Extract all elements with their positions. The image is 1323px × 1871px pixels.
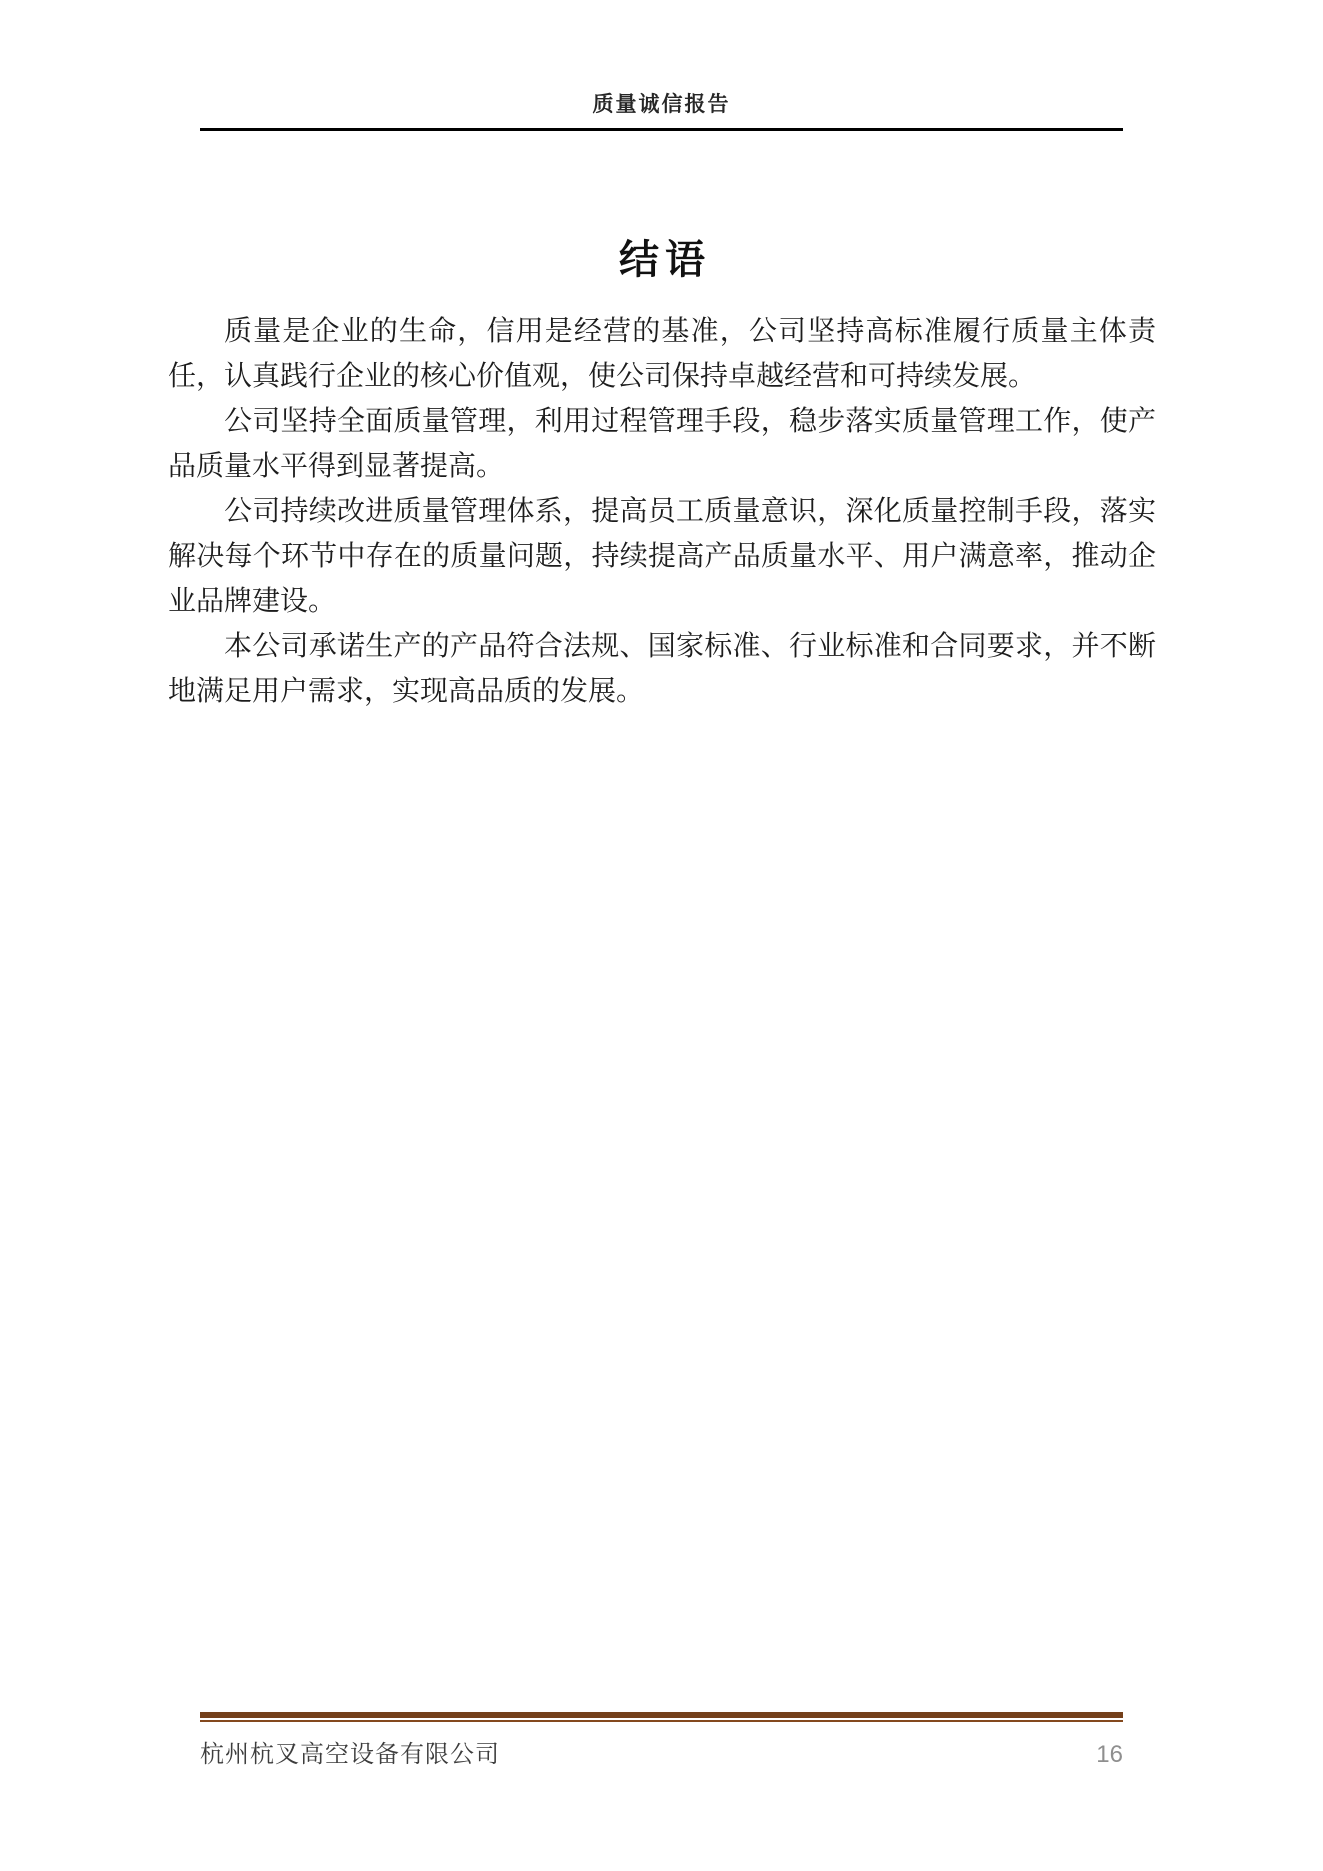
paragraph: 本公司承诺生产的产品符合法规、国家标准、行业标准和合同要求，并不断地满足用户需求… <box>168 624 1156 714</box>
document-body: 结语 质量是企业的生命，信用是经营的基准，公司坚持高标准履行质量主体责任，认真践… <box>168 0 1156 714</box>
footer-rule <box>200 1712 1123 1722</box>
paragraph-block: 质量是企业的生命，信用是经营的基准，公司坚持高标准履行质量主体责任，认真践行企业… <box>168 309 1156 714</box>
paragraph: 公司坚持全面质量管理，利用过程管理手段，稳步落实质量管理工作，使产品质量水平得到… <box>168 399 1156 489</box>
page-footer: 杭州杭叉高空设备有限公司 16 <box>200 1712 1123 1769</box>
document-page: 质量诚信报告 结语 质量是企业的生命，信用是经营的基准，公司坚持高标准履行质量主… <box>0 0 1323 1871</box>
footer-rule-thin <box>200 1720 1123 1722</box>
section-title: 结语 <box>168 228 1156 285</box>
footer-company-name: 杭州杭叉高空设备有限公司 <box>200 1734 500 1769</box>
paragraph: 公司持续改进质量管理体系，提高员工质量意识，深化质量控制手段，落实解决每个环节中… <box>168 489 1156 624</box>
footer-row: 杭州杭叉高空设备有限公司 16 <box>200 1734 1123 1769</box>
paragraph: 质量是企业的生命，信用是经营的基准，公司坚持高标准履行质量主体责任，认真践行企业… <box>168 309 1156 399</box>
page-number: 16 <box>1096 1741 1123 1769</box>
